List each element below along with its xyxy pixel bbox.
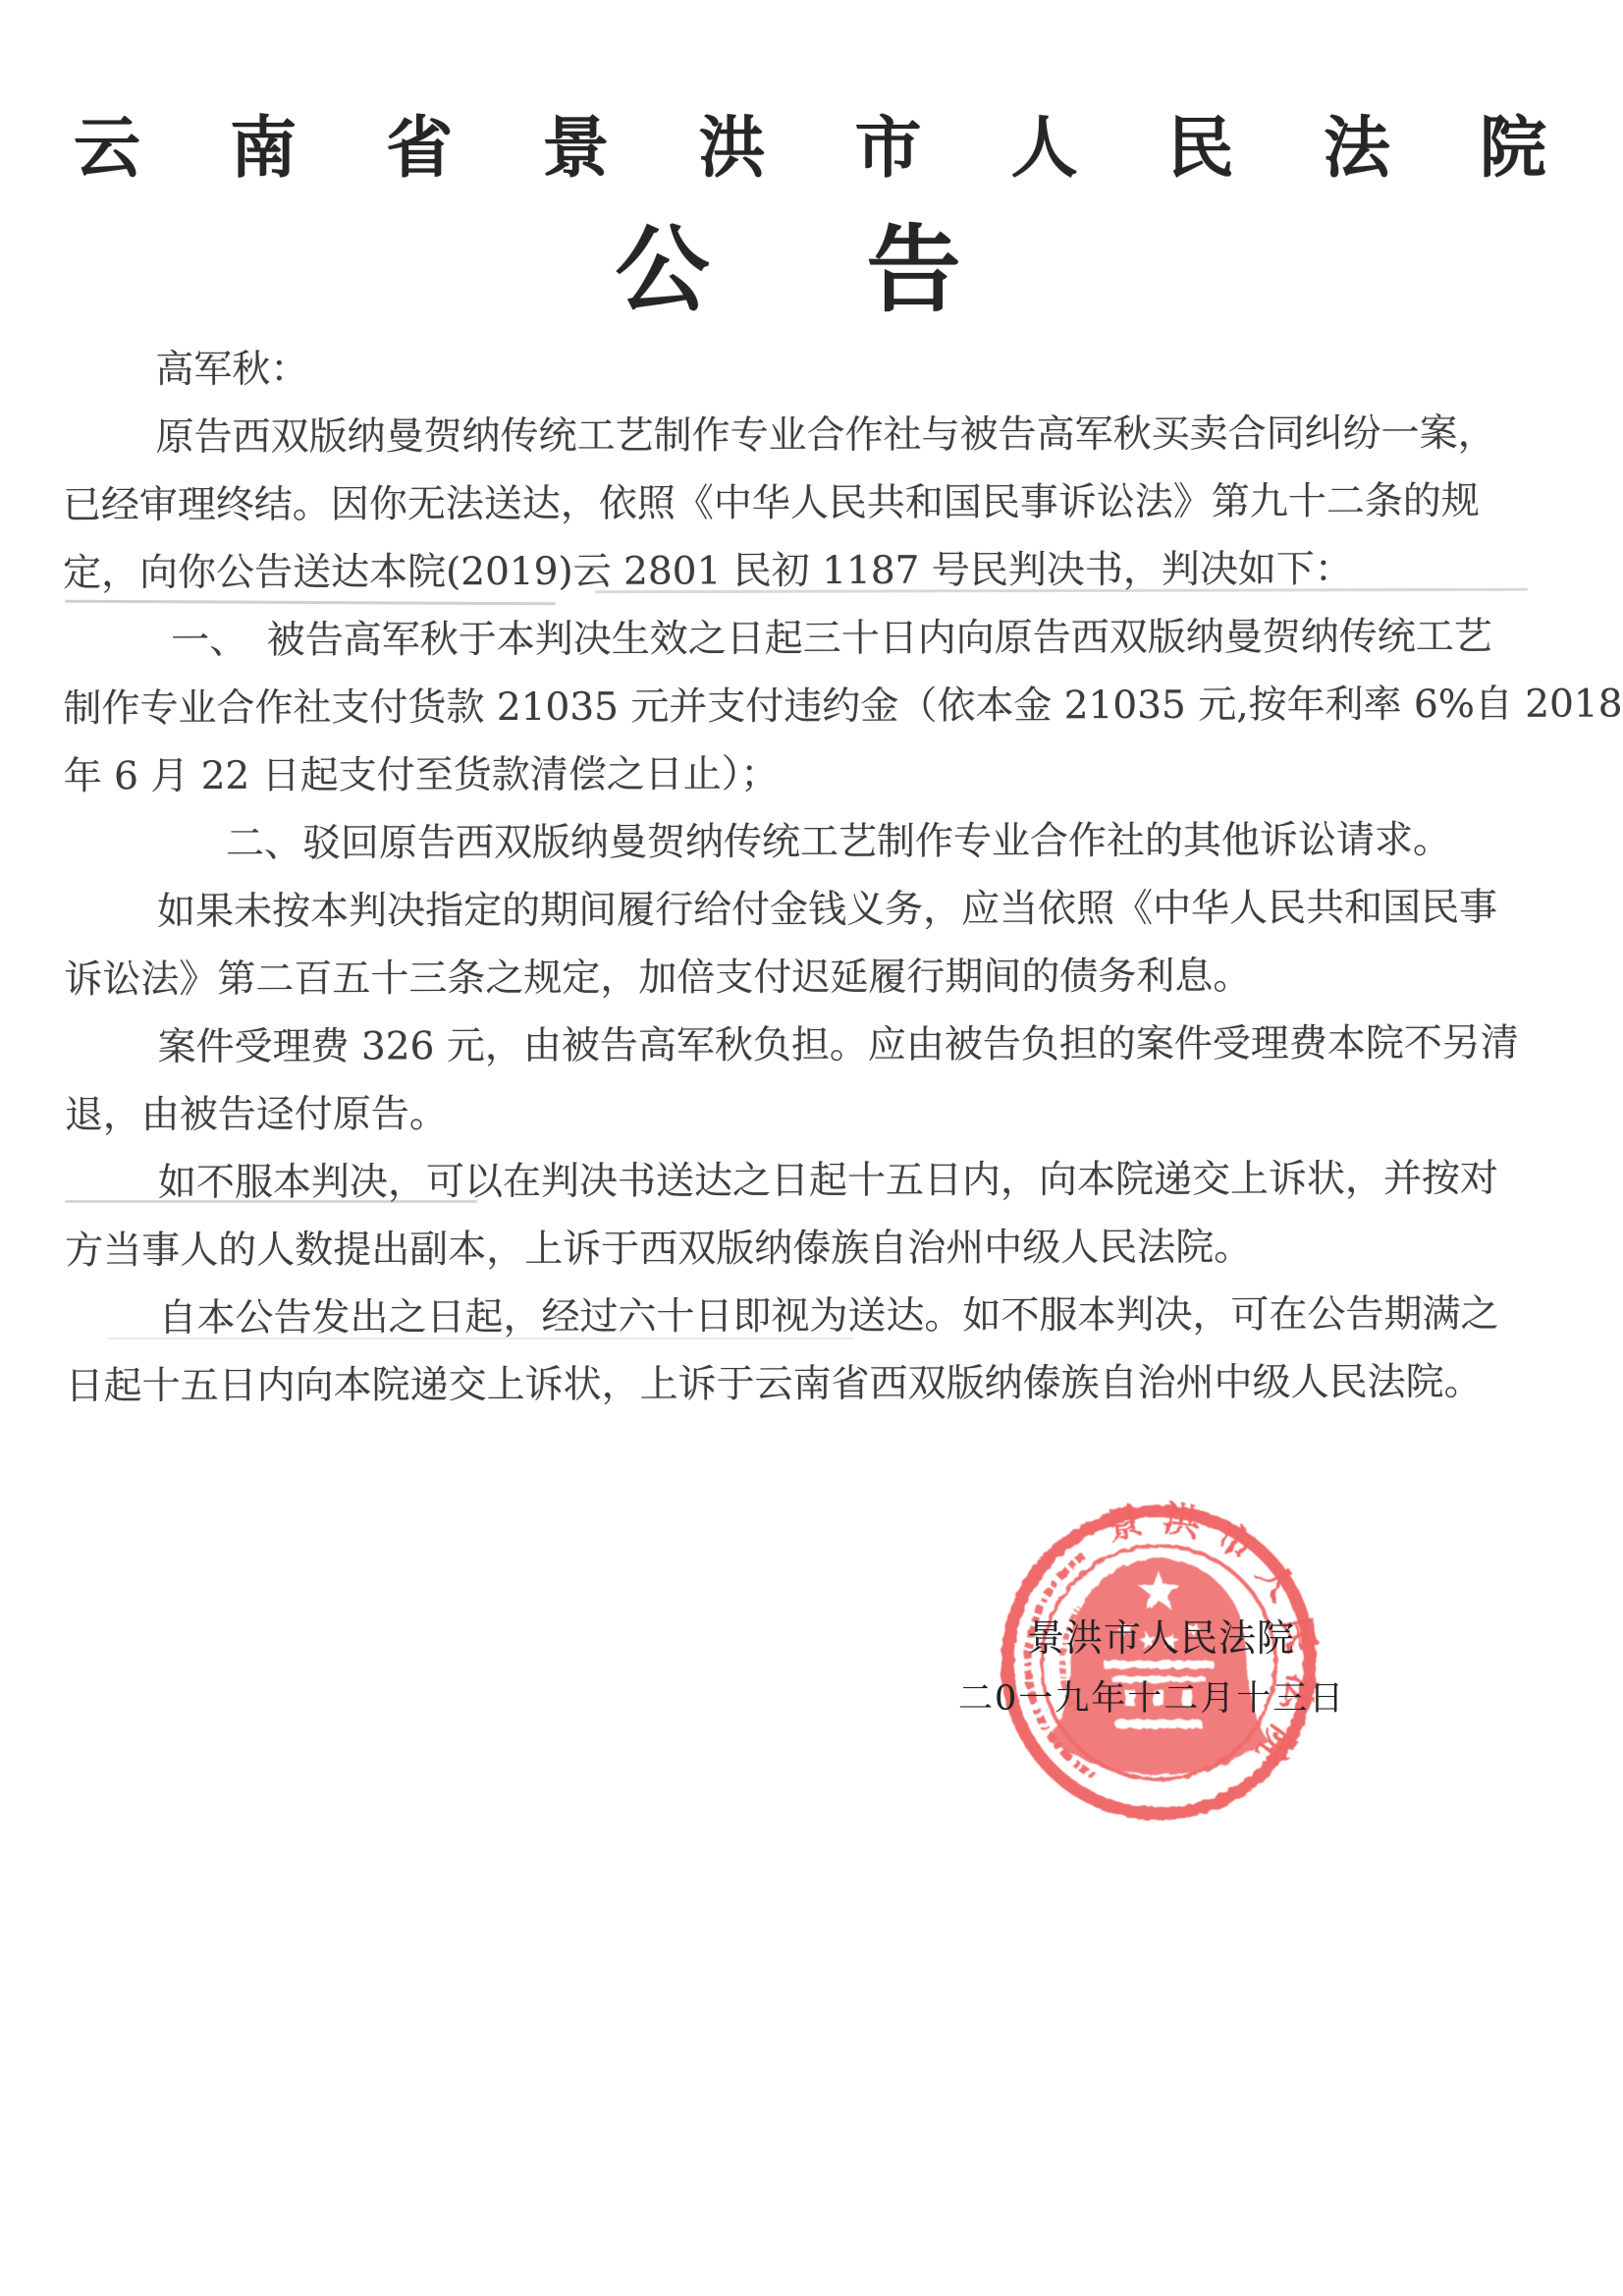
body-line-court-fee: 案件受理费 326 元，由被告高军秋负担。应由被告负担的案件受理费本院不另清 (64, 1006, 1566, 1078)
court-title-char: 市 (855, 95, 922, 191)
scan-artifact-line (108, 1338, 854, 1339)
court-title-char: 洪 (698, 95, 765, 191)
court-title-char: 省 (386, 95, 453, 191)
court-title-char: 人 (1011, 95, 1078, 191)
body-line-judgment-item-1: 一、 被告高军秋于本判决生效之日起三十日内向原告西双版纳曼贺纳传统工艺 (63, 599, 1565, 672)
scan-artifact-line (65, 1200, 477, 1203)
body-line: 制作专业合作社支付货款 21035 元并支付违约金（依本金 21035 元,按年… (63, 667, 1565, 739)
seal-signature-text: 景洪市人民法院 (1027, 1608, 1302, 1662)
body-line: 如果未按本判决指定的期间履行给付金钱义务，应当依照《中华人民共和国民事 (64, 870, 1566, 943)
court-title: 云 南 省 景 洪 市 人 民 法 院 (74, 100, 1546, 185)
body-line: 已经审理终结。因你无法送达，依照《中华人民共和国民事诉讼法》第九十二条的规 (63, 464, 1565, 536)
body-line: 退，由被告迳付原告。 (65, 1073, 1567, 1146)
body-line: 日起十五日内向本院递交上诉状，上诉于云南省西双版纳傣族自治州中级人民法院。 (66, 1344, 1568, 1417)
announcement-title-char: 公 (616, 195, 710, 330)
document-body: 高军秋： 原告西双版纳曼贺纳传统工艺制作专业合作社与被告高军秋买卖合同纠纷一案，… (62, 328, 1567, 1417)
announcement-page: 云 南 省 景 洪 市 人 民 法 院 公 告 高军秋： 原告西双版纳曼贺纳传统… (0, 0, 1623, 2296)
body-line: 原告西双版纳曼贺纳传统工艺制作专业合作社与被告高军秋买卖合同纠纷一案， (62, 396, 1564, 468)
body-line-recipient: 高军秋： (62, 328, 1564, 401)
announcement-title-char: 告 (867, 195, 961, 330)
court-title-char: 云 (74, 95, 140, 191)
court-title-char: 院 (1480, 95, 1546, 191)
body-line: 方当事人的人数提出副本，上诉于西双版纳傣族自治州中级人民法院。 (65, 1209, 1567, 1282)
body-line-judgment-item-2: 二、驳回原告西双版纳曼贺纳传统工艺制作专业合作社的其他诉讼请求。 (64, 802, 1566, 875)
court-title-char: 景 (542, 95, 609, 191)
body-line: 诉讼法》第二百五十三条之规定，加倍支付迟延履行期间的债务利息。 (64, 938, 1566, 1011)
body-line: 年 6 月 22 日起支付至货款清偿之日止）； (64, 735, 1566, 807)
court-title-char: 南 (230, 95, 297, 191)
seal-date-text: 二0一九年十二月十三日 (958, 1671, 1380, 1721)
court-title-char: 法 (1324, 95, 1390, 191)
official-seal: 景洪市人民法院 (982, 1486, 1335, 1839)
national-emblem-icon (1049, 1558, 1269, 1775)
court-title-char: 民 (1167, 95, 1234, 191)
seal-graphic: 景洪市人民法院 (982, 1486, 1335, 1839)
announcement-title: 公 告 (0, 198, 1599, 326)
